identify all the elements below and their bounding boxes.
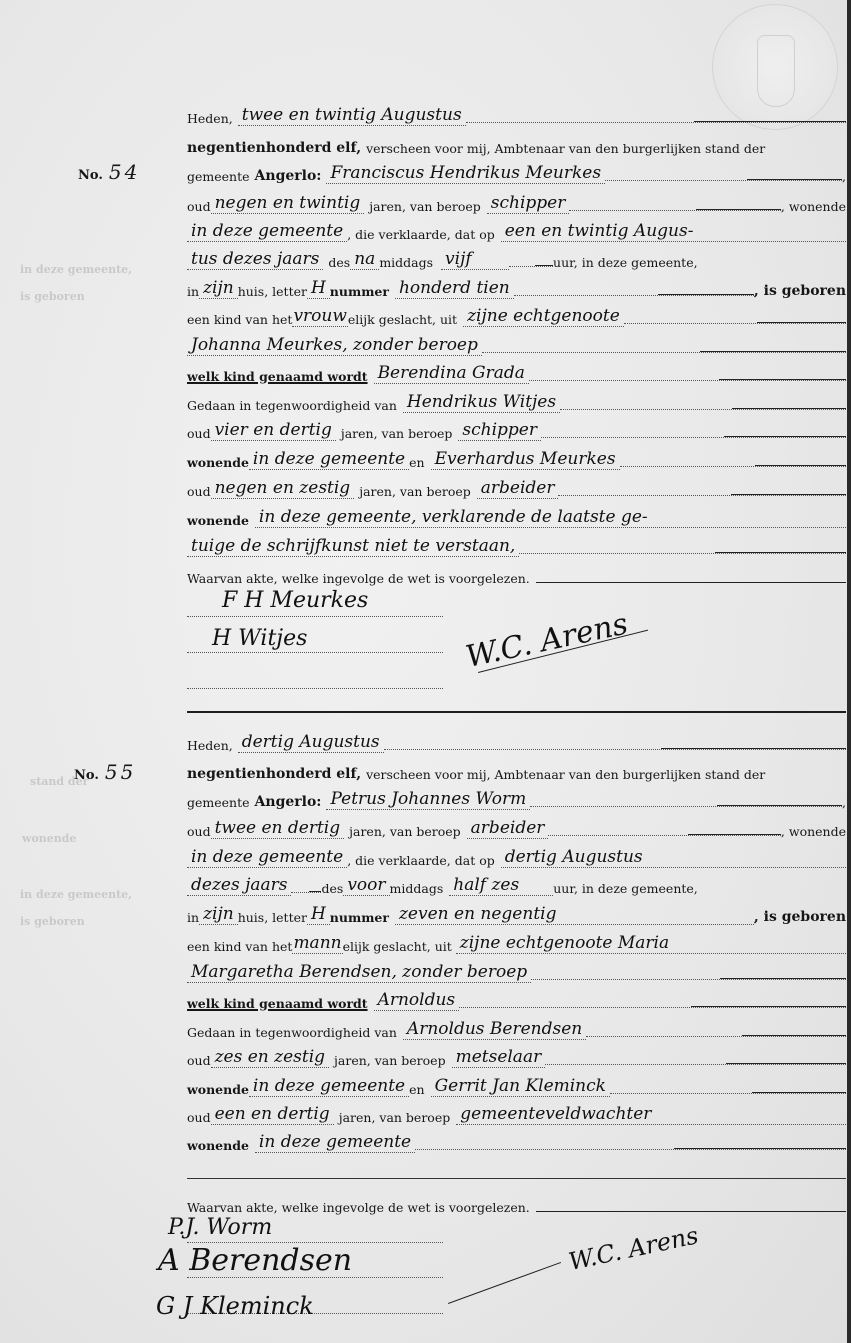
signature-flourish bbox=[448, 1262, 561, 1304]
record-number: No.55 bbox=[74, 760, 136, 784]
witness1-occupation: metselaar bbox=[452, 1047, 546, 1068]
line-house: in zijn huis, letter H nummer zeven en n… bbox=[187, 903, 846, 925]
fill-line bbox=[610, 1093, 846, 1094]
line-year: negentienhonderd elf, verscheen voor mij… bbox=[187, 760, 846, 782]
birth-date-continued: dezes jaars bbox=[187, 875, 291, 896]
municipality-name: Angerlo: bbox=[255, 168, 322, 184]
signature-declarant: F H Meurkes bbox=[222, 588, 368, 613]
line-birth-time: dezes jaars des voor middags half zes uu… bbox=[187, 874, 846, 896]
section-separator bbox=[187, 1178, 846, 1179]
jaren-beroep-label: jaren, van beroep bbox=[341, 426, 453, 441]
fill-line bbox=[466, 122, 846, 123]
line-witness2-residence: wonende in deze gemeente bbox=[187, 1131, 846, 1153]
line-witness2: wonende in deze gemeente en Gerrit Jan K… bbox=[187, 1075, 846, 1097]
municipality-name: Angerlo: bbox=[255, 794, 322, 810]
appeared-text: verscheen voor mij, Ambtenaar van den bu… bbox=[366, 767, 765, 782]
declarant-occupation: arbeider bbox=[467, 818, 549, 839]
declarant-residence: in deze gemeente bbox=[187, 221, 347, 242]
bleed-through-text: in deze gemeente, bbox=[20, 263, 132, 276]
nummer-label: nummer bbox=[330, 910, 389, 925]
declarant-age: twee en dertig bbox=[211, 818, 345, 839]
witness1-age: vier en dertig bbox=[211, 420, 336, 441]
birth-hour: vijf bbox=[441, 249, 509, 270]
voor-na: na bbox=[350, 249, 379, 270]
witness2-residence: in deze gemeente bbox=[255, 1132, 415, 1153]
register-page: in deze gemeente, is geboren stand der w… bbox=[0, 0, 851, 1343]
in-label: in bbox=[187, 910, 199, 925]
birth-date: dertig Augustus bbox=[501, 847, 846, 868]
fill-line bbox=[560, 409, 846, 410]
jaren-beroep-label: jaren, van beroep bbox=[349, 824, 461, 839]
fill-line bbox=[536, 1211, 846, 1212]
appeared-text: verscheen voor mij, Ambtenaar van den bu… bbox=[366, 141, 765, 156]
geslacht-label: elijk geslacht, uit bbox=[343, 939, 452, 954]
year-printed: negentienhonderd elf, bbox=[187, 766, 361, 782]
fill-line bbox=[586, 1036, 846, 1037]
uur-label: uur, in deze gemeente, bbox=[553, 881, 698, 896]
bleed-through-text: in deze gemeente, bbox=[20, 888, 132, 901]
witness2-age: negen en zestig bbox=[211, 478, 355, 499]
line-residence: in deze gemeente , die verklaarde, dat o… bbox=[187, 846, 846, 868]
house-letter: H bbox=[307, 904, 330, 925]
fill-line bbox=[459, 1007, 846, 1008]
jaren-beroep-label: jaren, van beroep bbox=[339, 1110, 451, 1125]
year-printed: negentienhonderd elf, bbox=[187, 140, 361, 156]
witness1-name: Arnoldus Berendsen bbox=[403, 1019, 586, 1040]
birth-hour: half zes bbox=[449, 875, 553, 896]
witness1-age: zes en zestig bbox=[211, 1047, 329, 1068]
en-label: en bbox=[409, 1082, 424, 1097]
line-witness1: Gedaan in tegenwoordigheid van Hendrikus… bbox=[187, 391, 846, 413]
signature-declarant: P.J. Worm bbox=[168, 1215, 272, 1240]
line-mother: Johanna Meurkes, zonder beroep bbox=[187, 334, 846, 356]
bleed-through-text: is geboren bbox=[20, 915, 85, 928]
wonende-label: wonende bbox=[187, 455, 249, 470]
signature-official: W.C. Arens bbox=[566, 1221, 701, 1276]
bleed-through-text: wonende bbox=[22, 832, 77, 845]
record-number-label: No. bbox=[74, 768, 99, 783]
house-owner: zijn bbox=[199, 278, 238, 299]
fill-line bbox=[384, 749, 846, 750]
declarant-name: Franciscus Hendrikus Meurkes bbox=[326, 163, 605, 184]
fill-line bbox=[548, 835, 781, 836]
des-label: des bbox=[328, 255, 350, 270]
line-child-name: welk kind genaamd wordt Arnoldus bbox=[187, 989, 846, 1011]
fill-line bbox=[541, 437, 846, 438]
witness2-residence: in deze gemeente, verklarende de laatste… bbox=[255, 507, 846, 528]
jaren-beroep-label: jaren, van beroep bbox=[334, 1053, 446, 1068]
witness1-name: Hendrikus Witjes bbox=[403, 392, 560, 413]
remark: tuige de schrijfkunst niet te verstaan, bbox=[187, 536, 519, 557]
gedaan-label: Gedaan in tegenwoordigheid van bbox=[187, 398, 397, 413]
mother-intro: zijne echtgenoote bbox=[463, 306, 624, 327]
line-mother: Margaretha Berendsen, zonder beroep bbox=[187, 961, 846, 983]
fill-line bbox=[519, 553, 846, 554]
wonende-label: wonende bbox=[187, 1138, 249, 1153]
line-remark: tuige de schrijfkunst niet te verstaan, bbox=[187, 535, 846, 557]
witness2-name: Everhardus Meurkes bbox=[431, 449, 620, 470]
birth-date: een en twintig Augus- bbox=[501, 221, 846, 242]
verklaarde-label: , die verklaarde, dat op bbox=[347, 227, 495, 242]
fill-line bbox=[536, 582, 846, 583]
line-witness2-age: oud een en dertig jaren, van beroep geme… bbox=[187, 1103, 846, 1125]
signature-witness-1: A Berendsen bbox=[158, 1243, 352, 1278]
fill-line bbox=[558, 495, 846, 496]
genaamd-label: welk kind genaamd wordt bbox=[187, 996, 368, 1011]
fill-line bbox=[545, 1064, 846, 1065]
bleed-through-text: is geboren bbox=[20, 290, 85, 303]
witness1-residence: in deze gemeente bbox=[249, 449, 409, 470]
middags-label: middags bbox=[390, 881, 444, 896]
line-declarant: gemeente Angerlo: Petrus Johannes Worm , bbox=[187, 788, 846, 810]
mother-name: Johanna Meurkes, zonder beroep bbox=[187, 335, 482, 356]
record-number-value: 55 bbox=[105, 760, 136, 784]
fill-line bbox=[605, 180, 842, 181]
mother-intro: zijne echtgenoote Maria bbox=[456, 933, 846, 954]
oud-label: oud bbox=[187, 1053, 211, 1068]
witness1-occupation: schipper bbox=[458, 420, 541, 441]
line-year: negentienhonderd elf, verscheen voor mij… bbox=[187, 134, 846, 156]
house-number: zeven en negentig bbox=[395, 904, 754, 925]
signature-line bbox=[187, 688, 443, 689]
birth-date-continued: tus dezes jaars bbox=[187, 249, 323, 270]
oud-label: oud bbox=[187, 484, 211, 499]
witness2-name: Gerrit Jan Kleminck bbox=[431, 1076, 610, 1097]
signature-witness: H Witjes bbox=[212, 626, 307, 651]
gemeente-label: gemeente bbox=[187, 169, 250, 184]
gemeente-label: gemeente bbox=[187, 795, 250, 810]
line-declarant: gemeente Angerlo: Franciscus Hendrikus M… bbox=[187, 162, 846, 184]
jaren-beroep-label: jaren, van beroep bbox=[369, 199, 481, 214]
closing-text: Waarvan akte, welke ingevolge de wet is … bbox=[187, 1200, 530, 1215]
mother-name: Margaretha Berendsen, zonder beroep bbox=[187, 962, 531, 983]
child-gender: mann bbox=[292, 933, 342, 954]
registration-date: twee en twintig Augustus bbox=[238, 105, 466, 126]
line-witness2-age: oud negen en zestig jaren, van beroep ar… bbox=[187, 477, 846, 499]
record-number: No.54 bbox=[78, 160, 140, 184]
witness1-residence: in deze gemeente bbox=[249, 1076, 409, 1097]
page-edge bbox=[847, 0, 851, 1343]
line-closing: Waarvan akte, welke ingevolge de wet is … bbox=[187, 564, 846, 586]
kind-label: een kind van het bbox=[187, 939, 292, 954]
verklaarde-label: , die verklaarde, dat op bbox=[347, 853, 495, 868]
line-declarant-age: oud negen en twintig jaren, van beroep s… bbox=[187, 192, 846, 214]
heden-label: Heden, bbox=[187, 111, 233, 126]
witness2-occupation: gemeenteveldwachter bbox=[456, 1104, 846, 1125]
fill-line bbox=[529, 380, 846, 381]
child-name: Arnoldus bbox=[374, 990, 460, 1011]
child-name: Berendina Grada bbox=[374, 363, 529, 384]
record-separator bbox=[187, 711, 846, 713]
middags-label: middags bbox=[379, 255, 433, 270]
child-gender: vrouw bbox=[292, 306, 347, 327]
signature-line bbox=[187, 652, 443, 653]
line-birth-time: tus dezes jaars des na middags vijf uur,… bbox=[187, 248, 846, 270]
fill-line bbox=[620, 466, 846, 467]
fill-line bbox=[514, 295, 754, 296]
crest-shield-icon bbox=[757, 35, 795, 107]
house-number: honderd tien bbox=[395, 278, 514, 299]
en-label: en bbox=[409, 455, 424, 470]
line-gender: een kind van het vrouw elijk geslacht, u… bbox=[187, 305, 846, 327]
genaamd-label: welk kind genaamd wordt bbox=[187, 369, 368, 384]
fill-line bbox=[569, 210, 781, 211]
record-number-value: 54 bbox=[109, 160, 140, 184]
oud-label: oud bbox=[187, 426, 211, 441]
line-residence: in deze gemeente , die verklaarde, dat o… bbox=[187, 220, 846, 242]
witness2-occupation: arbeider bbox=[477, 478, 559, 499]
fill-line bbox=[415, 1149, 846, 1150]
line-gender: een kind van het mann elijk geslacht, ui… bbox=[187, 932, 846, 954]
witness2-age: een en dertig bbox=[211, 1104, 334, 1125]
voor-na: voor bbox=[343, 875, 389, 896]
house-owner: zijn bbox=[199, 904, 238, 925]
fill-line bbox=[624, 323, 846, 324]
line-declarant-age: oud twee en dertig jaren, van beroep arb… bbox=[187, 817, 846, 839]
huis-letter-label: huis, letter bbox=[238, 910, 307, 925]
huis-letter-label: huis, letter bbox=[238, 284, 307, 299]
line-witness2: wonende in deze gemeente en Everhardus M… bbox=[187, 448, 846, 470]
line-heden: Heden, twee en twintig Augustus bbox=[187, 104, 846, 126]
geslacht-label: elijk geslacht, uit bbox=[348, 312, 457, 327]
kind-label: een kind van het bbox=[187, 312, 292, 327]
oud-label: oud bbox=[187, 824, 211, 839]
uur-label: uur, in deze gemeente, bbox=[553, 255, 698, 270]
line-witness2-residence: wonende in deze gemeente, verklarende de… bbox=[187, 506, 846, 528]
is-geboren-label: , is geboren bbox=[754, 909, 846, 925]
fill-line bbox=[509, 266, 553, 267]
heden-label: Heden, bbox=[187, 738, 233, 753]
jaren-beroep-label: jaren, van beroep bbox=[359, 484, 471, 499]
fill-line bbox=[482, 352, 846, 353]
wonende-label: wonende bbox=[187, 1082, 249, 1097]
wonende-label: wonende bbox=[187, 513, 249, 528]
line-heden: Heden, dertig Augustus bbox=[187, 731, 846, 753]
house-letter: H bbox=[307, 278, 330, 299]
wonende-label: , wonende bbox=[781, 199, 846, 214]
fill-line bbox=[530, 806, 842, 807]
oud-label: oud bbox=[187, 199, 211, 214]
line-closing: Waarvan akte, welke ingevolge de wet is … bbox=[187, 1193, 846, 1215]
in-label: in bbox=[187, 284, 199, 299]
line-witness1: Gedaan in tegenwoordigheid van Arnoldus … bbox=[187, 1018, 846, 1040]
signature-line bbox=[187, 616, 443, 617]
declarant-residence: in deze gemeente bbox=[187, 847, 347, 868]
line-child-name: welk kind genaamd wordt Berendina Grada bbox=[187, 362, 846, 384]
line-house: in zijn huis, letter H nummer honderd ti… bbox=[187, 277, 846, 299]
line-witness1-age: oud vier en dertig jaren, van beroep sch… bbox=[187, 419, 846, 441]
closing-text: Waarvan akte, welke ingevolge de wet is … bbox=[187, 571, 530, 586]
des-label: des bbox=[321, 881, 343, 896]
declarant-age: negen en twintig bbox=[211, 193, 365, 214]
registration-date: dertig Augustus bbox=[238, 732, 384, 753]
nummer-label: nummer bbox=[330, 284, 389, 299]
wonende-label: , wonende bbox=[781, 824, 846, 839]
fill-line bbox=[291, 892, 321, 893]
gedaan-label: Gedaan in tegenwoordigheid van bbox=[187, 1025, 397, 1040]
record-number-label: No. bbox=[78, 168, 103, 183]
declarant-occupation: schipper bbox=[487, 193, 570, 214]
declarant-name: Petrus Johannes Worm bbox=[326, 789, 530, 810]
line-witness1-age: oud zes en zestig jaren, van beroep mets… bbox=[187, 1046, 846, 1068]
signature-witness-2: G J Kleminck bbox=[156, 1292, 314, 1320]
oud-label: oud bbox=[187, 1110, 211, 1125]
fill-line bbox=[531, 979, 846, 980]
is-geboren-label: , is geboren bbox=[754, 283, 846, 299]
